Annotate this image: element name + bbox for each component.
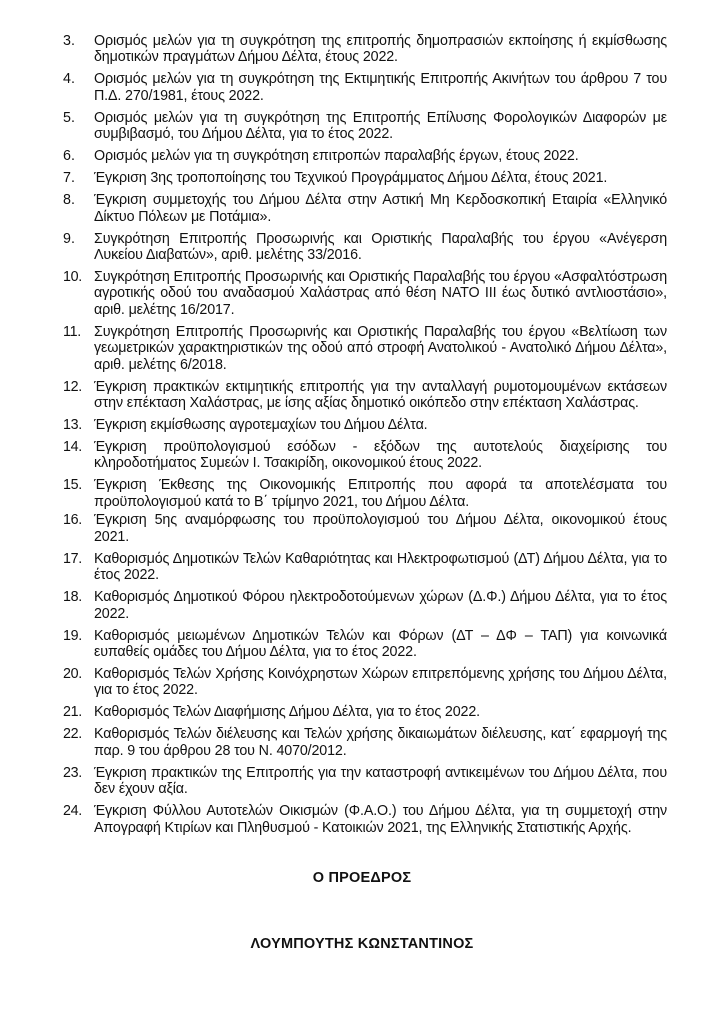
agenda-item: 13.Έγκριση εκμίσθωσης αγροτεμαχίων του Δ… [63,417,667,433]
agenda-item: 24.Έγκριση Φύλλου Αυτοτελών Οικισμών (Φ.… [63,803,667,836]
item-text: Έγκριση εκμίσθωσης αγροτεμαχίων του Δήμο… [94,417,667,433]
item-number: 19. [63,628,94,661]
item-text: Έγκριση πρακτικών της Επιτροπής για την … [94,765,667,798]
item-text: Καθορισμός Δημοτικών Τελών Καθαριότητας … [94,551,667,584]
item-number: 22. [63,726,94,759]
agenda-item: 10.Συγκρότηση Επιτροπής Προσωρινής και Ο… [63,269,667,318]
agenda-item: 3.Ορισμός μελών για τη συγκρότηση της επ… [63,33,667,66]
agenda-item: 7.Έγκριση 3ης τροποποίησης του Τεχνικού … [63,170,667,186]
item-text: Έγκριση 5ης αναμόρφωσης του προϋπολογισμ… [94,512,667,545]
item-number: 20. [63,666,94,699]
item-number: 21. [63,704,94,720]
agenda-list: 3.Ορισμός μελών για τη συγκρότηση της επ… [63,33,667,842]
agenda-item: 16.Έγκριση 5ης αναμόρφωσης του προϋπολογ… [63,512,667,545]
item-text: Έγκριση πρακτικών εκτιμητικής επιτροπής … [94,379,667,412]
agenda-item: 4.Ορισμός μελών για τη συγκρότηση της Εκ… [63,71,667,104]
agenda-item: 17.Καθορισμός Δημοτικών Τελών Καθαριότητ… [63,551,667,584]
item-text: Καθορισμός Τελών Διαφήμισης Δήμου Δέλτα,… [94,704,667,720]
item-text: Καθορισμός Τελών Χρήσης Κοινόχρηστων Χώρ… [94,666,667,699]
item-number: 3. [63,33,94,66]
item-text: Ορισμός μελών για τη συγκρότηση επιτροπώ… [94,148,667,164]
item-number: 7. [63,170,94,186]
item-text: Έγκριση Έκθεσης της Οικονομικής Επιτροπή… [94,477,667,510]
signature-name: ΛΟΥΜΠΟΥΤΗΣ ΚΩΝΣΤΑΝΤΙΝΟΣ [0,936,724,952]
item-text: Ορισμός μελών για τη συγκρότηση της Επιτ… [94,110,667,143]
item-number: 15. [63,477,94,510]
agenda-item: 15.Έγκριση Έκθεσης της Οικονομικής Επιτρ… [63,477,667,510]
item-text: Έγκριση συμμετοχής του Δήμου Δέλτα στην … [94,192,667,225]
agenda-item: 6.Ορισμός μελών για τη συγκρότηση επιτρο… [63,148,667,164]
item-number: 14. [63,439,94,472]
agenda-item: 20.Καθορισμός Τελών Χρήσης Κοινόχρηστων … [63,666,667,699]
signature-title: Ο ΠΡΟΕΔΡΟΣ [0,870,724,886]
agenda-item: 18.Καθορισμός Δημοτικού Φόρου ηλεκτροδοτ… [63,589,667,622]
item-text: Συγκρότηση Επιτροπής Προσωρινής και Ορισ… [94,324,667,373]
agenda-item: 12.Έγκριση πρακτικών εκτιμητικής επιτροπ… [63,379,667,412]
item-number: 6. [63,148,94,164]
item-text: Ορισμός μελών για τη συγκρότηση της Εκτι… [94,71,667,104]
item-number: 12. [63,379,94,412]
item-text: Συγκρότηση Επιτροπής Προσωρινής και Ορισ… [94,269,667,318]
agenda-item: 8.Έγκριση συμμετοχής του Δήμου Δέλτα στη… [63,192,667,225]
agenda-item: 9.Συγκρότηση Επιτροπής Προσωρινής και Ορ… [63,231,667,264]
item-text: Καθορισμός Τελών διέλευσης και Τελών χρή… [94,726,667,759]
agenda-item: 21.Καθορισμός Τελών Διαφήμισης Δήμου Δέλ… [63,704,667,720]
agenda-item: 19.Καθορισμός μειωμένων Δημοτικών Τελών … [63,628,667,661]
agenda-item: 23.Έγκριση πρακτικών της Επιτροπής για τ… [63,765,667,798]
agenda-item: 22.Καθορισμός Τελών διέλευσης και Τελών … [63,726,667,759]
agenda-item: 11.Συγκρότηση Επιτροπής Προσωρινής και Ο… [63,324,667,373]
item-number: 10. [63,269,94,318]
item-number: 23. [63,765,94,798]
item-text: Έγκριση Φύλλου Αυτοτελών Οικισμών (Φ.Α.Ο… [94,803,667,836]
item-number: 4. [63,71,94,104]
item-number: 13. [63,417,94,433]
item-number: 8. [63,192,94,225]
item-text: Καθορισμός Δημοτικού Φόρου ηλεκτροδοτούμ… [94,589,667,622]
item-text: Ορισμός μελών για τη συγκρότηση της επιτ… [94,33,667,66]
agenda-item: 5.Ορισμός μελών για τη συγκρότηση της Επ… [63,110,667,143]
item-number: 16. [63,512,94,545]
item-text: Έγκριση 3ης τροποποίησης του Τεχνικού Πρ… [94,170,667,186]
document-page: 3.Ορισμός μελών για τη συγκρότηση της επ… [0,0,724,1024]
item-number: 9. [63,231,94,264]
item-text: Συγκρότηση Επιτροπής Προσωρινής και Ορισ… [94,231,667,264]
item-number: 24. [63,803,94,836]
item-text: Καθορισμός μειωμένων Δημοτικών Τελών και… [94,628,667,661]
agenda-item: 14.Έγκριση προϋπολογισμού εσόδων - εξόδω… [63,439,667,472]
item-number: 17. [63,551,94,584]
item-number: 5. [63,110,94,143]
item-number: 11. [63,324,94,373]
item-number: 18. [63,589,94,622]
item-text: Έγκριση προϋπολογισμού εσόδων - εξόδων τ… [94,439,667,472]
